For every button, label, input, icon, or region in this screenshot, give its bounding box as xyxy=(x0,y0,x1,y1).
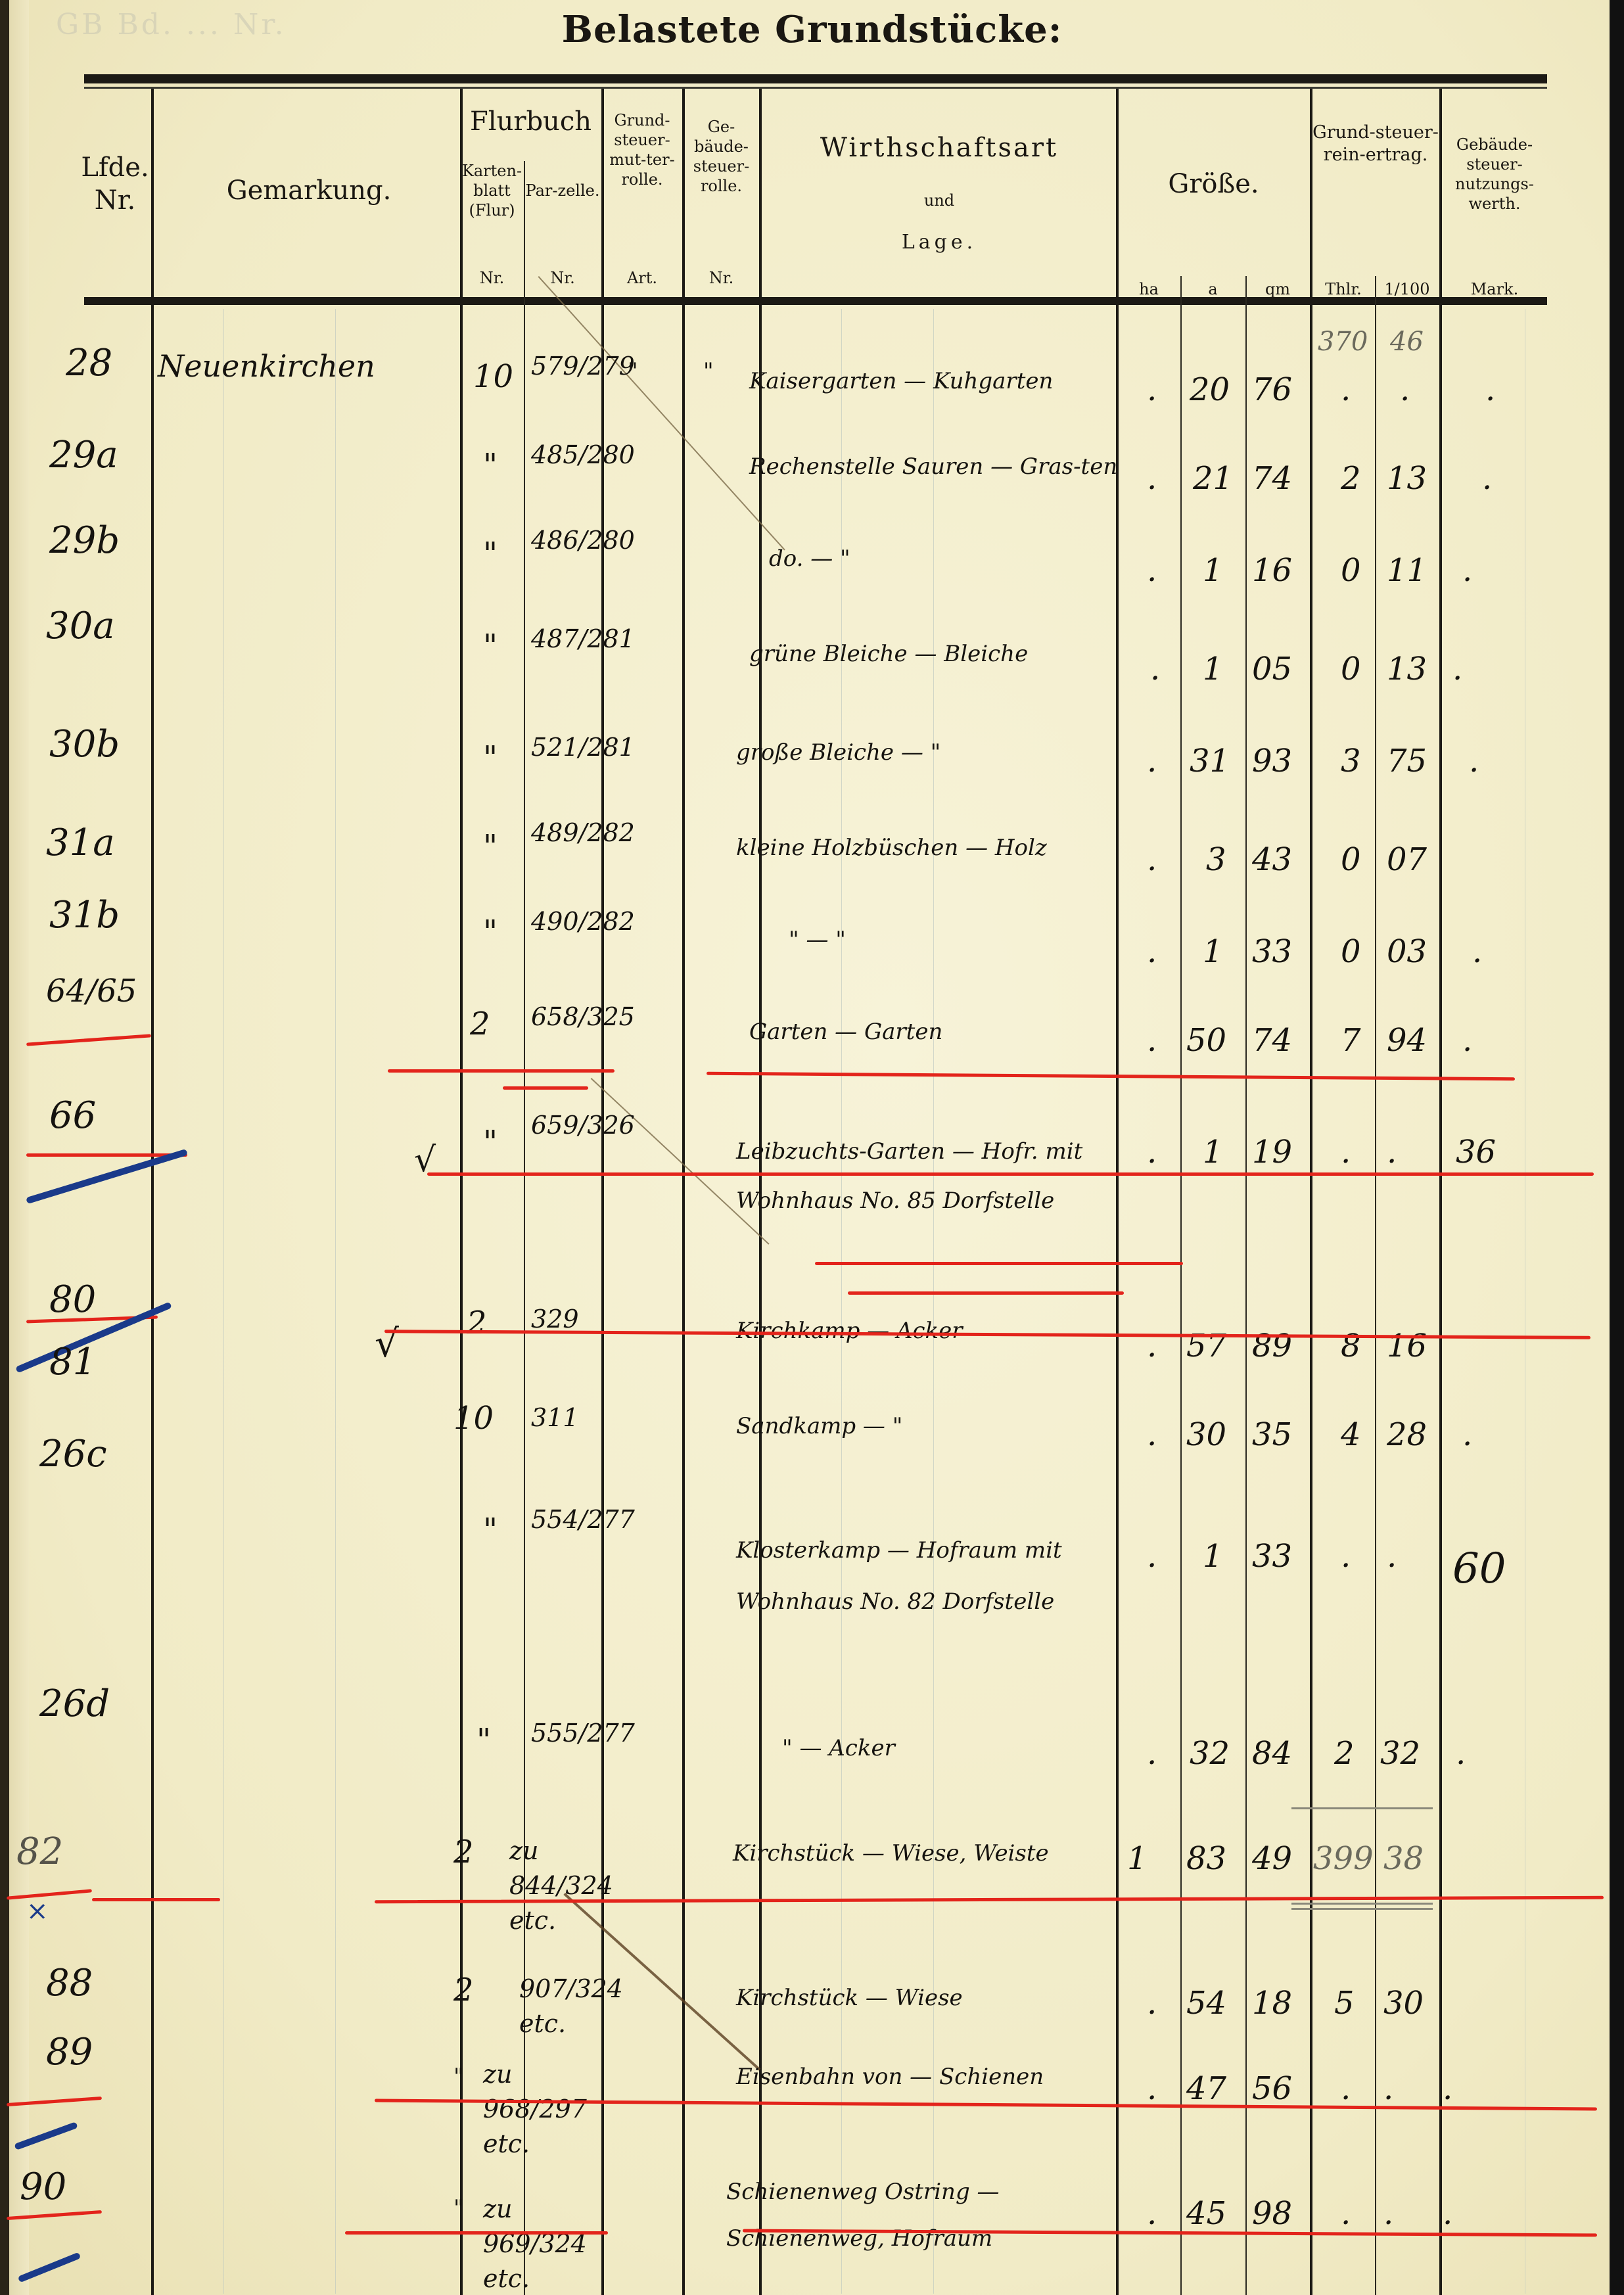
row-wirthschaftsart: " — " xyxy=(789,927,846,953)
row-mark: . xyxy=(1462,1022,1472,1059)
page-gutter xyxy=(9,0,29,2295)
row-mark: . xyxy=(1452,651,1462,687)
row-wirthschaftsart: kleine Holzbüschen — Holz xyxy=(736,835,1047,861)
row-hundredths: 32 xyxy=(1380,1735,1420,1772)
row-mark: 36 xyxy=(1456,1134,1496,1171)
row-hundredths: 75 xyxy=(1387,743,1427,779)
row-a: 1 xyxy=(1203,933,1223,970)
blue-x-mark: × xyxy=(26,1896,49,1926)
header-und: und xyxy=(762,191,1116,210)
row-thlr: . xyxy=(1341,1134,1351,1171)
row-flur: 10 xyxy=(453,1400,494,1437)
row-qm: 76 xyxy=(1252,371,1292,408)
pencil-rule xyxy=(1291,1908,1433,1910)
row-flur: 2 xyxy=(470,1006,490,1042)
row-qm: 74 xyxy=(1252,1022,1292,1059)
row-flur: " xyxy=(483,1124,498,1161)
row-flur: " xyxy=(483,739,498,776)
row-ha: . xyxy=(1147,1022,1157,1059)
pencil-total-hundredths: 46 xyxy=(1390,327,1424,357)
header-mutterrolle-unit: Art. xyxy=(603,268,681,288)
red-strike-line xyxy=(388,1069,615,1073)
row-a: 3 xyxy=(1206,841,1226,878)
row-qm: 49 xyxy=(1252,1840,1292,1877)
red-underline xyxy=(815,1262,1183,1265)
row-thlr: 399 xyxy=(1313,1840,1374,1877)
row-hundredths: . xyxy=(1387,1538,1397,1575)
row-wirthschaftsart: Klosterkamp — Hofraum mit Wohnhaus No. 8… xyxy=(736,1525,1104,1627)
row-ha: 1 xyxy=(1127,1840,1148,1877)
red-strike-line xyxy=(26,1034,151,1046)
row-parzelle: 486/280 xyxy=(531,526,635,555)
red-strike-line xyxy=(707,1072,1515,1081)
row-thlr: 5 xyxy=(1334,1985,1355,2022)
row-parzelle: 329 xyxy=(531,1305,579,1333)
row-wirthschaftsart: Kirchkamp — Acker xyxy=(736,1318,963,1344)
row-ha: . xyxy=(1147,933,1157,970)
row-thlr: 2 xyxy=(1341,460,1361,497)
scan-right-edge xyxy=(1610,0,1624,2295)
row-lfd-nr: 26c xyxy=(39,1433,107,1475)
row-lfd-nr: 82 xyxy=(16,1830,63,1873)
row-mark: . xyxy=(1443,2195,1452,2232)
row-mark: . xyxy=(1456,1735,1466,1772)
row-ha: . xyxy=(1147,2070,1157,2107)
row-lfd-nr: 29a xyxy=(49,434,118,476)
row-wirthschaftsart: große Bleiche — " xyxy=(736,739,940,766)
row-parzelle: 907/324 etc. xyxy=(519,1972,611,2041)
col-divider-gemarkung xyxy=(460,89,463,2295)
row-thlr: 0 xyxy=(1341,933,1361,970)
header-gebaeudesteuerrolle-unit: Nr. xyxy=(684,268,759,288)
row-lfd-nr: 80 xyxy=(49,1278,96,1321)
row-flur: 2 xyxy=(453,1972,474,2008)
row-hundredths: 07 xyxy=(1387,841,1427,878)
row-flur: 2 xyxy=(467,1305,487,1341)
row-qm: 33 xyxy=(1252,1538,1292,1575)
top-rule-thick xyxy=(84,74,1547,83)
row-a: 32 xyxy=(1190,1735,1230,1772)
pencil-rule xyxy=(1291,1903,1433,1905)
row-parzelle: 311 xyxy=(531,1403,579,1432)
row-qm: 84 xyxy=(1252,1735,1292,1772)
row-thlr: . xyxy=(1341,2070,1351,2107)
row-hundredths: 11 xyxy=(1387,552,1427,589)
row-thlr: . xyxy=(1341,2195,1351,2232)
header-parzelle: Par-zelle. xyxy=(524,181,601,200)
row-qm: 89 xyxy=(1252,1328,1292,1364)
row-lfd-nr: 29b xyxy=(49,519,120,562)
header-hundredths: 1/100 xyxy=(1375,279,1439,299)
row-flur: " xyxy=(483,447,498,484)
header-parzelle-unit: Nr. xyxy=(524,268,601,288)
row-ha: . xyxy=(1147,552,1157,589)
row-qm: 18 xyxy=(1252,1985,1292,2022)
row-qm: 93 xyxy=(1252,743,1292,779)
col-divider-wirthschaftsart xyxy=(1116,89,1119,2295)
row-ha: . xyxy=(1147,1134,1157,1171)
row-parzelle: zu 969/324 etc. xyxy=(483,2192,615,2295)
col-divider-lfd xyxy=(151,89,154,2295)
row-wirthschaftsart: Kirchstück — Wiese, Weiste xyxy=(733,1840,1049,1866)
row-wirthschaftsart: grüne Bleiche — Bleiche xyxy=(749,641,1028,667)
row-lfd-nr: 89 xyxy=(46,2031,93,2074)
row-mutterrolle: " xyxy=(628,358,638,384)
row-hundredths: 94 xyxy=(1387,1022,1427,1059)
red-strike-line xyxy=(92,1898,220,1901)
col-divider-a xyxy=(1245,276,1247,2295)
row-ha: . xyxy=(1147,1538,1157,1575)
red-strike-line xyxy=(345,2231,608,2235)
header-a: a xyxy=(1180,279,1245,299)
row-flur: " xyxy=(483,914,498,950)
row-lfd-nr: 31a xyxy=(46,822,115,864)
row-parzelle: 555/277 xyxy=(531,1719,635,1748)
header-grundsteuerreinertrag: Grund-steuer-rein-ertrag. xyxy=(1312,122,1439,166)
row-qm: 56 xyxy=(1252,2070,1292,2107)
row-hundredths: . xyxy=(1383,2070,1393,2107)
row-wirthschaftsart: Leibzuchts-Garten — Hofr. mit Wohnhaus N… xyxy=(736,1127,1104,1226)
row-thlr: 0 xyxy=(1341,651,1361,687)
row-a: 47 xyxy=(1186,2070,1226,2107)
col-divider-reinertrag xyxy=(1439,89,1442,2295)
row-lfd-nr: 90 xyxy=(20,2166,66,2208)
row-gebaeudesteuerrolle: " xyxy=(703,358,714,384)
header-gemarkung: Gemarkung. xyxy=(158,174,460,207)
row-wirthschaftsart: Kaisergarten — Kuhgarten xyxy=(749,368,1053,394)
header-groesse: Größe. xyxy=(1117,168,1310,200)
row-hundredths: . xyxy=(1383,2195,1393,2232)
header-mark: Mark. xyxy=(1442,279,1547,299)
check-mark: √ xyxy=(375,1321,399,1366)
row-flur: " xyxy=(483,828,498,865)
row-wirthschaftsart: " — Acker xyxy=(782,1735,895,1761)
row-flur: " xyxy=(483,628,498,664)
header-wirthschaftsart: Wirthschaftsart xyxy=(762,131,1116,164)
header-kartenblatt-unit: Nr. xyxy=(460,268,524,288)
row-parzelle: 554/277 xyxy=(531,1505,635,1534)
row-hundredths: 13 xyxy=(1387,460,1427,497)
row-hundredths: 28 xyxy=(1387,1416,1427,1453)
faint-guide-2 xyxy=(335,309,336,2294)
blue-strike-line xyxy=(26,1149,188,1204)
row-lfd-nr: 88 xyxy=(46,1962,93,2005)
row-lfd-nr: 31b xyxy=(49,894,120,937)
row-mark: . xyxy=(1485,371,1495,408)
faint-guide-5 xyxy=(1525,309,1525,2294)
row-ha: . xyxy=(1147,460,1157,497)
header-flurbuch: Flurbuch xyxy=(460,105,601,138)
col-divider-flurbuch xyxy=(601,89,604,2295)
row-a: 1 xyxy=(1203,1538,1223,1575)
row-wirthschaftsart: Sandkamp — " xyxy=(736,1413,902,1439)
row-ha: . xyxy=(1147,1985,1157,2022)
row-mark: 60 xyxy=(1452,1544,1506,1593)
row-mark: . xyxy=(1462,552,1472,589)
row-ha: . xyxy=(1150,651,1160,687)
faint-guide-1 xyxy=(223,309,224,2294)
row-hundredths: 13 xyxy=(1387,651,1427,687)
red-underline xyxy=(503,1086,588,1090)
row-thlr: . xyxy=(1341,1538,1351,1575)
row-a: 31 xyxy=(1190,743,1230,779)
row-ha: . xyxy=(1147,841,1157,878)
scan-left-edge xyxy=(0,0,9,2295)
row-hundredths: 30 xyxy=(1383,1985,1424,2022)
row-qm: 98 xyxy=(1252,2195,1292,2232)
row-thlr: 4 xyxy=(1341,1416,1361,1453)
red-underline xyxy=(848,1291,1124,1295)
row-parzelle: 659/326 xyxy=(531,1111,635,1140)
row-hundredths: . xyxy=(1387,1134,1397,1171)
row-qm: 74 xyxy=(1252,460,1292,497)
header-gebaeudesteuerrolle: Ge-bäude-steuer-rolle. xyxy=(684,117,759,196)
row-thlr: 0 xyxy=(1341,552,1361,589)
row-lfd-nr: 30a xyxy=(46,605,115,647)
row-flur: " xyxy=(453,2064,464,2090)
row-parzelle: zu 968/297 etc. xyxy=(483,2057,615,2162)
row-a: 21 xyxy=(1193,460,1233,497)
row-mark: . xyxy=(1472,933,1482,970)
col-divider-mutterrolle xyxy=(682,89,685,2295)
top-rule-thin xyxy=(84,87,1547,89)
header-lfd-nr: Lfde. Nr. xyxy=(79,151,151,217)
row-wirthschaftsart: Garten — Garten xyxy=(749,1019,942,1045)
row-hundredths: . xyxy=(1400,371,1410,408)
row-ha: . xyxy=(1147,2195,1157,2232)
row-wirthschaftsart: Rechenstelle Sauren — Gras-ten xyxy=(749,453,1117,480)
row-a: 20 xyxy=(1190,371,1230,408)
row-qm: 43 xyxy=(1252,841,1292,878)
row-wirthschaftsart: Kirchstück — Wiese xyxy=(736,1985,963,2011)
row-qm: 19 xyxy=(1252,1134,1292,1171)
red-strike-line xyxy=(427,1172,1594,1176)
row-flur: " xyxy=(483,536,498,572)
row-qm: 16 xyxy=(1252,552,1292,589)
row-wirthschaftsart: do. — " xyxy=(769,545,850,572)
row-ha: . xyxy=(1147,743,1157,779)
row-parzelle: zu 844/324 etc. xyxy=(509,1834,601,1939)
row-thlr: . xyxy=(1341,371,1351,408)
row-lfd-nr: 66 xyxy=(49,1094,96,1137)
row-a: 83 xyxy=(1186,1840,1226,1877)
row-hundredths: 16 xyxy=(1387,1328,1427,1364)
row-wirthschaftsart: Schienenweg Ostring — Schienenweg, Hofra… xyxy=(726,2169,1107,2263)
row-thlr: 8 xyxy=(1341,1328,1361,1364)
row-ha: . xyxy=(1147,1416,1157,1453)
row-parzelle: 485/280 xyxy=(531,440,635,469)
row-parzelle: 521/281 xyxy=(531,733,635,762)
header-thlr: Thlr. xyxy=(1312,279,1375,299)
row-lfd-nr: 64/65 xyxy=(46,973,137,1009)
row-a: 45 xyxy=(1186,2195,1226,2232)
row-a: 57 xyxy=(1186,1328,1226,1364)
row-a: 30 xyxy=(1186,1416,1226,1453)
row-parzelle: 658/325 xyxy=(531,1002,635,1031)
row-flur: 2 xyxy=(453,1834,474,1870)
row-hundredths: 38 xyxy=(1383,1840,1424,1877)
row-thlr: 3 xyxy=(1341,743,1361,779)
row-ha: . xyxy=(1147,371,1157,408)
row-lfd-nr: 81 xyxy=(49,1341,96,1383)
row-a: 54 xyxy=(1186,1985,1226,2022)
row-parzelle: 487/281 xyxy=(531,624,635,653)
row-mark: . xyxy=(1443,2070,1452,2107)
row-flur: 10 xyxy=(473,358,513,395)
header-kartenblatt: Karten-blatt (Flur) xyxy=(460,161,524,220)
row-a: 1 xyxy=(1203,552,1223,589)
row-lfd-nr: 28 xyxy=(66,342,112,384)
header-gebaeudesteuernutzungswerth: Gebäude-steuer-nutzungs-werth. xyxy=(1442,135,1547,214)
col-divider-thlr xyxy=(1375,276,1376,2295)
col-divider-ha xyxy=(1180,276,1182,2295)
row-flur: " xyxy=(453,2195,464,2221)
row-thlr: 2 xyxy=(1334,1735,1355,1772)
row-lfd-nr: 30b xyxy=(49,723,120,766)
row-qm: 05 xyxy=(1252,651,1292,687)
row-thlr: 7 xyxy=(1341,1022,1361,1059)
row-a: 50 xyxy=(1186,1022,1226,1059)
pencil-total-thlr: 370 xyxy=(1318,327,1368,357)
row-mark: . xyxy=(1469,743,1479,779)
pencil-rule xyxy=(1291,1807,1433,1809)
page-title: Belastete Grundstücke: xyxy=(0,8,1624,51)
header-ha: ha xyxy=(1117,279,1180,299)
row-ha: . xyxy=(1147,1735,1157,1772)
row-a: 1 xyxy=(1203,651,1223,687)
gemarkung-value: Neuenkirchen xyxy=(158,348,375,384)
col-divider-groesse xyxy=(1310,89,1312,2295)
row-lfd-nr: 26d xyxy=(39,1682,110,1725)
row-mark: . xyxy=(1482,460,1492,497)
row-qm: 35 xyxy=(1252,1416,1292,1453)
row-parzelle: 490/282 xyxy=(531,907,635,936)
header-lage: Lage. xyxy=(762,230,1116,255)
row-qm: 33 xyxy=(1252,933,1292,970)
row-a: 1 xyxy=(1203,1134,1223,1171)
row-thlr: 0 xyxy=(1341,841,1361,878)
row-parzelle: 579/279 xyxy=(531,352,635,381)
row-flur: " xyxy=(483,1512,498,1548)
row-hundredths: 03 xyxy=(1387,933,1427,970)
row-flur: " xyxy=(476,1722,491,1759)
row-wirthschaftsart: Eisenbahn von — Schienen xyxy=(736,2064,1044,2090)
paper-fold-crease xyxy=(538,276,785,550)
row-parzelle: 489/282 xyxy=(531,818,635,847)
header-qm: qm xyxy=(1245,279,1310,299)
header-grundsteuermutterrolle: Grund-steuer-mut-ter-rolle. xyxy=(603,110,681,189)
row-mark: . xyxy=(1462,1416,1472,1453)
